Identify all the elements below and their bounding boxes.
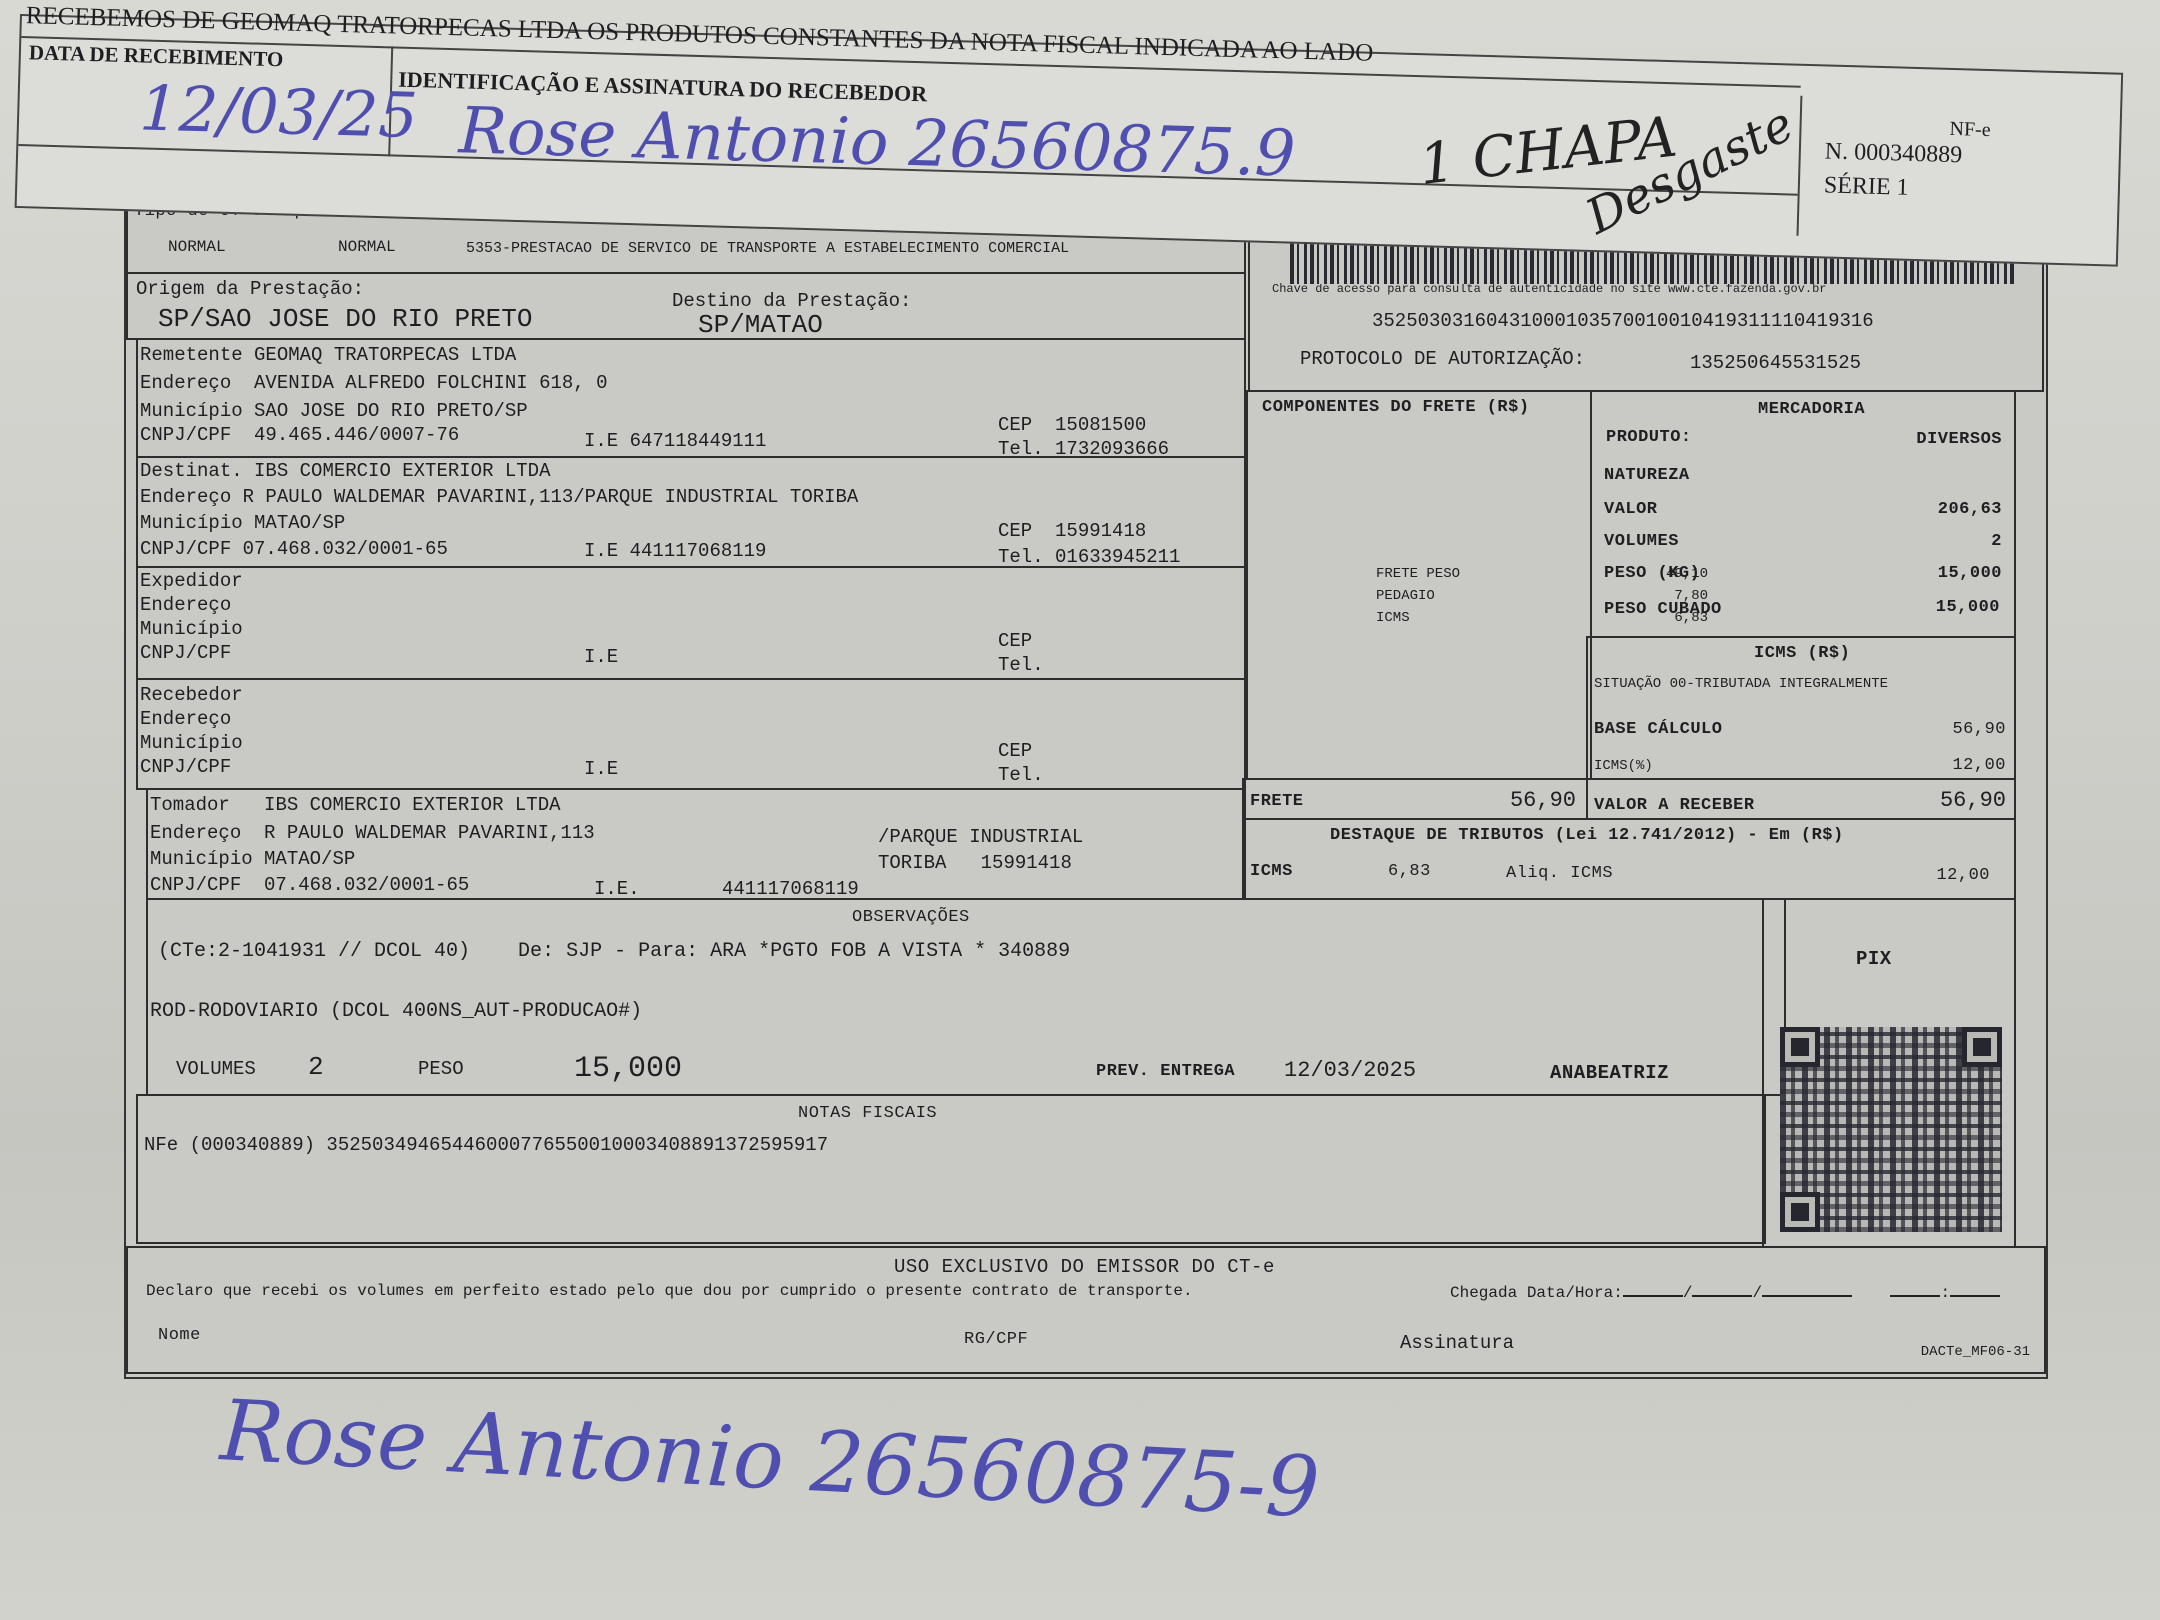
notas-title: NOTAS FISCAIS (798, 1104, 937, 1123)
observacoes-section: OBSERVAÇÕES (CTe:2-1041931 // DCOL 40) D… (146, 898, 1786, 1096)
receipt-date-label: DATA DE RECEBIMENTO (29, 40, 284, 72)
tributos-icms-label: ICMS (1250, 862, 1293, 881)
destinatario-address: R PAULO WALDEMAR PAVARINI,113/PARQUE IND… (243, 486, 859, 508)
natureza-label: NATUREZA (1604, 466, 1690, 485)
destinatario-city: MATAO/SP (254, 512, 345, 534)
pix-qr-code[interactable] (1780, 1027, 2002, 1232)
ie-label: I.E (584, 758, 618, 780)
protocol-label: PROTOCOLO DE AUTORIZAÇÃO: (1300, 348, 1585, 370)
destinatario-ie: 441117068119 (630, 540, 767, 562)
tributos-aliq-value: 12,00 (1936, 866, 1990, 885)
tributos-title: DESTAQUE DE TRIBUTOS (Lei 12.741/2012) -… (1330, 826, 1844, 845)
valor-label: VALOR (1604, 500, 1658, 519)
pix-label: PIX (1856, 948, 1892, 970)
address-label: Endereço (150, 822, 241, 844)
peso-label: PESO (KG) (1604, 564, 1700, 583)
obs-volumes-value: 2 (308, 1052, 324, 1082)
city-label: Município (150, 848, 253, 870)
cep-label: CEP (998, 630, 1032, 652)
doc-label: CNPJ/CPF (140, 756, 231, 778)
doc-label: CNPJ/CPF (140, 642, 231, 664)
icms-situacao: SITUAÇÃO 00-TRIBUTADA INTEGRALMENTE (1594, 676, 1888, 692)
emissor-exclusive-section: USO EXCLUSIVO DO EMISSOR DO CT-e Declaro… (126, 1246, 2046, 1374)
footer-title: USO EXCLUSIVO DO EMISSOR DO CT-e (894, 1256, 1275, 1278)
obs-peso-label: PESO (418, 1058, 464, 1080)
icms-section: ICMS (R$) SITUAÇÃO 00-TRIBUTADA INTEGRAL… (1586, 636, 2016, 780)
ie-label: I.E (584, 430, 618, 452)
tel-label: Tel. (998, 546, 1044, 568)
obs-volumes-label: VOLUMES (176, 1058, 256, 1080)
ie-label: I.E (584, 646, 618, 668)
recebedor-label: Recebedor (140, 684, 243, 706)
receipt-nfe-series: SÉRIE 1 (1824, 172, 1909, 201)
recebedor-section: Recebedor Endereço Município CNPJ/CPF I.… (136, 678, 1246, 790)
arrival-year-field[interactable] (1762, 1295, 1852, 1297)
componentes-frete-section: COMPONENTES DO FRETE (R$) (1246, 390, 1592, 780)
arrival-day-field[interactable] (1623, 1295, 1683, 1297)
cep-label: CEP (998, 520, 1032, 542)
tomador-city: MATAO/SP (264, 848, 355, 870)
observacoes-line-2: ROD-RODOVIARIO (DCOL 400NS_AUT-PRODUCAO#… (150, 1000, 642, 1023)
form-code: DACTe_MF06-31 (1921, 1344, 2030, 1360)
doc-label: CNPJ/CPF (140, 538, 231, 560)
obs-peso-value: 15,000 (574, 1052, 682, 1086)
dacte-document: CNPJ:03.160.431/0001-03 IE:647322640115 … (124, 140, 2048, 1379)
address-label: Endereço (140, 372, 231, 394)
observacoes-line-1: (CTe:2-1041931 // DCOL 40) De: SJP - Par… (158, 940, 1070, 963)
receipt-signature-value[interactable]: Rose Antonio 26560875.9 (458, 94, 1297, 191)
tomador-bairro: TORIBA (878, 852, 946, 874)
receipt-date-value[interactable]: 12/03/25 (138, 71, 418, 152)
tomador-bairro-line: /PARQUE INDUSTRIAL (878, 826, 1083, 848)
tributos-section: DESTAQUE DE TRIBUTOS (Lei 12.741/2012) -… (1242, 818, 2016, 900)
receipt-nfe-number: N. 000340889 (1824, 138, 1962, 169)
destinatario-cnpj: 07.468.032/0001-65 (243, 538, 448, 560)
base-calculo-value: 56,90 (1952, 720, 2006, 739)
destino-value: SP/MATAO (698, 310, 823, 340)
expedidor-section: Expedidor Endereço Município CNPJ/CPF I.… (136, 566, 1246, 680)
arrival-minute-field[interactable] (1950, 1295, 2000, 1297)
tomador-label: Tomador (150, 794, 230, 816)
produto-value: DIVERSOS (1916, 430, 2002, 449)
mercadoria-title: MERCADORIA (1758, 400, 1865, 419)
valor-value: 206,63 (1938, 500, 2002, 519)
peso-value: 15,000 (1938, 564, 2002, 583)
route-section: Origem da Prestação: SP/SAO JOSE DO RIO … (126, 272, 1246, 340)
icms-percent-label: ICMS(%) (1594, 758, 1653, 774)
cfop-natureza: 5353-PRESTACAO DE SERVICO DE TRANSPORTE … (466, 240, 1069, 257)
tomador-ie: 441117068119 (722, 878, 859, 900)
destino-label: Destino da Prestação: (672, 290, 911, 312)
doc-label: CNPJ/CPF (140, 424, 231, 446)
peso-cubado-value: 15,000 (1936, 598, 2000, 617)
city-label: Município (140, 512, 243, 534)
tributos-aliq-label: Aliq. ICMS (1506, 864, 1613, 883)
notas-fiscais-section: NOTAS FISCAIS NFe (000340889) 3525034946… (136, 1094, 1766, 1244)
tomador-name: IBS COMERCIO EXTERIOR LTDA (264, 794, 560, 816)
icms-title: ICMS (R$) (1754, 644, 1850, 663)
volumes-value: 2 (1991, 532, 2002, 551)
componente-label: FRETE PESO (1376, 566, 1460, 582)
destinatario-label: Destinat. (140, 460, 243, 482)
prev-entrega-label: PREV. ENTREGA (1096, 1062, 1235, 1081)
tomador-section: Tomador IBS COMERCIO EXTERIOR LTDA Ender… (146, 788, 1246, 900)
barcode-caption: Chave de acesso para consulta de autenti… (1272, 282, 1827, 296)
frete-total-box: FRETE 56,90 (1242, 778, 1588, 820)
arrival-label: Chegada Data/Hora: (1450, 1284, 1623, 1302)
tomador-cnpj: 07.468.032/0001-65 (264, 874, 469, 896)
receipt-nfe-label: NF-e (1949, 118, 1991, 142)
doc-label: CNPJ/CPF (150, 874, 241, 896)
peso-cubado-label: PESO CUBADO (1604, 600, 1722, 619)
assinatura-label: Assinatura (1400, 1332, 1514, 1354)
rg-cpf-label: RG/CPF (964, 1330, 1028, 1349)
address-label: Endereço (140, 486, 231, 508)
componente-label: ICMS (1376, 610, 1410, 626)
origem-value: SP/SAO JOSE DO RIO PRETO (158, 304, 532, 334)
prev-entrega-value: 12/03/2025 (1284, 1058, 1416, 1083)
observacoes-title: OBSERVAÇÕES (852, 908, 970, 927)
ie-label: I.E (584, 540, 618, 562)
ie-label: I.E. (594, 878, 640, 900)
frete-total-value: 56,90 (1510, 788, 1576, 813)
valor-receber-label: VALOR A RECEBER (1594, 796, 1755, 815)
base-calculo-label: BASE CÁLCULO (1594, 720, 1722, 739)
mercadoria-section: MERCADORIA PRODUTO: DIVERSOS NATUREZA VA… (1590, 390, 2016, 638)
destinatario-tel: 01633945211 (1055, 546, 1180, 568)
cep-label: CEP (998, 740, 1032, 762)
city-label: Município (140, 400, 243, 422)
tipo-cte: NORMAL (168, 238, 226, 256)
origem-label: Origem da Prestação: (136, 278, 364, 300)
cep-label: CEP (998, 414, 1032, 436)
volumes-label: VOLUMES (1604, 532, 1679, 551)
tel-label: Tel. (998, 764, 1044, 786)
handwritten-receiver-id: Rose Antonio 26560875-9 (218, 1381, 1322, 1536)
operator-name: ANABEATRIZ (1550, 1062, 1669, 1084)
protocol-number: 135250645531525 (1690, 352, 1861, 374)
access-key: 3525030316043100010357001001041931111041… (1372, 310, 1874, 332)
remetente-address: AVENIDA ALFREDO FOLCHINI 618, 0 (254, 372, 607, 394)
remetente-label: Remetente (140, 344, 243, 366)
city-label: Município (140, 618, 243, 640)
arrival-hour-field[interactable] (1890, 1295, 1940, 1297)
tomador-cep: 15991418 (981, 852, 1072, 874)
nome-label: Nome (158, 1326, 201, 1345)
icms-percent-value: 12,00 (1952, 756, 2006, 775)
componentes-title: COMPONENTES DO FRETE (R$) (1262, 398, 1530, 417)
tributos-icms-value: 6,83 (1388, 862, 1431, 881)
remetente-section: Remetente GEOMAQ TRATORPECAS LTDA Endere… (136, 338, 1246, 458)
valor-receber-value: 56,90 (1940, 788, 2006, 813)
address-label: Endereço (140, 708, 231, 730)
destinatario-cep: 15991418 (1055, 520, 1146, 542)
destinatario-name: IBS COMERCIO EXTERIOR LTDA (254, 460, 550, 482)
arrival-month-field[interactable] (1692, 1295, 1752, 1297)
address-label: Endereço (140, 594, 231, 616)
nfe-reference: NFe (000340889) 352503494654460007765500… (144, 1134, 828, 1156)
remetente-name: GEOMAQ TRATORPECAS LTDA (254, 344, 516, 366)
componente-label: PEDAGIO (1376, 588, 1435, 604)
remetente-cnpj: 49.465.446/0007-76 (254, 424, 459, 446)
remetente-ie: 647118449111 (630, 430, 767, 452)
destinatario-section: Destinat. IBS COMERCIO EXTERIOR LTDA End… (136, 456, 1246, 568)
produto-label: PRODUTO: (1606, 428, 1692, 447)
city-label: Município (140, 732, 243, 754)
expedidor-label: Expedidor (140, 570, 243, 592)
remetente-city: SAO JOSE DO RIO PRETO/SP (254, 400, 528, 422)
tel-label: Tel. (998, 654, 1044, 676)
footer-declaration: Declaro que recebi os volumes em perfeit… (146, 1282, 1193, 1300)
frete-total-label: FRETE (1250, 792, 1304, 811)
tomador-address: R PAULO WALDEMAR PAVARINI,113 (264, 822, 595, 844)
valor-receber-box: VALOR A RECEBER 56,90 (1586, 778, 2016, 820)
remetente-cep: 15081500 (1055, 414, 1146, 436)
tipo-servico: NORMAL (338, 238, 396, 256)
